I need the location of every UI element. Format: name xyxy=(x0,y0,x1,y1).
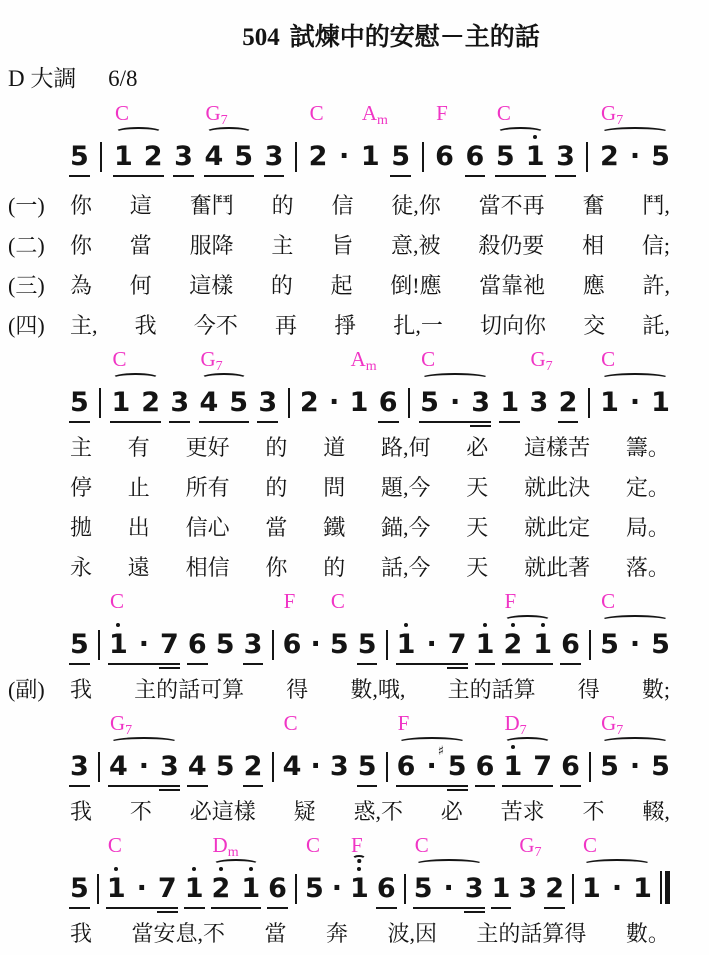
note: 1 xyxy=(397,630,416,660)
lyric-cell: 切向你 xyxy=(480,309,546,340)
note: 3 xyxy=(556,142,575,172)
note-group: D717 xyxy=(503,752,552,782)
note-group: 1 xyxy=(492,874,511,904)
note: 4 xyxy=(283,752,302,782)
lyric-cell: 你 xyxy=(70,189,92,220)
note-underline xyxy=(560,663,581,665)
note: 3 xyxy=(471,388,490,418)
lyric-cell: 輟, xyxy=(642,795,670,826)
note: 6 xyxy=(397,752,416,782)
lyric-cells: 為何這樣的起倒!應當靠祂應許, xyxy=(70,269,670,300)
chord-symbol: C xyxy=(115,102,129,124)
note-group: 6 xyxy=(561,752,580,782)
note-group: 2 xyxy=(545,874,564,904)
duration-dot: · xyxy=(443,874,453,904)
beam-line xyxy=(396,785,468,787)
chord-symbol: G7 xyxy=(601,102,623,126)
chord-symbol: C xyxy=(331,590,345,612)
note-group: C1·1 xyxy=(600,388,670,418)
chord-symbol: G7 xyxy=(519,834,541,858)
octave-dot xyxy=(404,623,408,627)
note-group: 3 xyxy=(70,752,89,782)
note: 3 xyxy=(70,752,89,782)
slur-arc xyxy=(421,373,489,383)
note-underline xyxy=(470,425,491,427)
lyric-cell: 當安息,不 xyxy=(131,917,225,948)
barline xyxy=(295,142,297,172)
lyric-cell: 我 xyxy=(70,917,92,948)
duration-dot: · xyxy=(630,388,640,418)
note-group: Am1 xyxy=(350,388,369,418)
lyric-cell: 相信 xyxy=(186,551,230,582)
note-group: Am1 xyxy=(361,142,380,172)
slur-arc xyxy=(201,373,248,383)
final-barline xyxy=(660,871,670,904)
chord-symbol: C xyxy=(310,102,324,124)
beam-line xyxy=(495,175,546,177)
note-group: 3 xyxy=(556,142,575,172)
lyric-cell: 鐵 xyxy=(323,511,345,542)
note: 5 xyxy=(358,630,377,660)
lyric-cell: 數; xyxy=(642,673,670,704)
bridge-lyrics: 我不必這樣疑惑,不必苦求不輟, xyxy=(8,790,670,830)
octave-dot xyxy=(219,867,223,871)
note: 6 xyxy=(188,630,207,660)
sharp-icon: ♯ xyxy=(438,745,444,758)
chord-symbol: Am xyxy=(351,348,377,372)
note: 1 xyxy=(651,388,670,418)
note-group: · xyxy=(329,388,339,418)
note: 1 xyxy=(600,388,619,418)
note-underline xyxy=(491,907,512,909)
octave-dot xyxy=(114,867,118,871)
lyric-cell: 話,今 xyxy=(381,551,431,582)
slur-arc xyxy=(601,615,669,625)
verse-label: (副) xyxy=(8,673,70,704)
note-underline xyxy=(475,663,496,665)
note-underline xyxy=(257,421,278,423)
beam-line xyxy=(502,663,553,665)
note: 6 xyxy=(466,142,485,172)
barline-thin xyxy=(660,871,662,904)
fermata-icon xyxy=(352,855,366,863)
lyric-line: (四)主,我今不再掙扎,一切向你交託, xyxy=(8,304,670,344)
lyric-cell: 就此定 xyxy=(524,511,590,542)
note-group: 1 xyxy=(500,388,519,418)
note-underline xyxy=(264,175,285,177)
beam-line xyxy=(204,175,255,177)
barline xyxy=(572,874,574,904)
lyric-cells: 我不必這樣疑惑,不必苦求不輟, xyxy=(70,795,670,826)
note-group: 5 xyxy=(358,752,377,782)
beam-line xyxy=(211,907,262,909)
key-signature-line: D 大調 6/8 xyxy=(8,64,670,94)
lyric-cell: 信心 xyxy=(186,511,230,542)
lyric-cell: 苦求 xyxy=(501,795,545,826)
note-underline xyxy=(390,175,411,177)
note: 5 xyxy=(358,752,377,782)
lyric-cell: 停 xyxy=(70,471,92,502)
barline xyxy=(386,752,388,782)
lyric-cell: 惑,不 xyxy=(353,795,403,826)
lyric-cell: 奮 xyxy=(583,189,605,220)
lyric-cell: 主的話算得 xyxy=(476,917,586,948)
lyric-cell: 遠 xyxy=(128,551,150,582)
lyric-line: 拋出信心當鐵錨,今天就此定局。 xyxy=(8,506,670,546)
lyric-cell: 的 xyxy=(271,269,293,300)
barline xyxy=(295,874,297,904)
lyric-cell: 不 xyxy=(130,795,152,826)
duration-dot: · xyxy=(329,388,339,418)
duration-dot: · xyxy=(339,142,349,172)
chord-symbol: G7 xyxy=(201,348,223,372)
note-group: C5 xyxy=(305,874,324,904)
note-group: 3 xyxy=(174,142,193,172)
note: 2 xyxy=(144,142,163,172)
note-group: 3 xyxy=(330,752,349,782)
chord-symbol: G7 xyxy=(530,348,552,372)
note: 5 xyxy=(229,388,248,418)
chord-symbol: G7 xyxy=(110,712,132,736)
lyric-cell: 有 xyxy=(128,431,150,462)
note-group: C5 xyxy=(330,630,349,660)
lyric-cell: 拋 xyxy=(70,511,92,542)
lyric-cell: 不 xyxy=(583,795,605,826)
lyric-cell: 何 xyxy=(130,269,152,300)
barline xyxy=(99,388,101,418)
note-group: 6 xyxy=(476,752,495,782)
chord-symbol: F xyxy=(504,590,516,612)
verse-label: (一) xyxy=(8,189,70,220)
note-group: C5·3 xyxy=(414,874,484,904)
barline xyxy=(272,630,274,660)
note: 6 xyxy=(283,630,302,660)
duration-dot: · xyxy=(426,630,436,660)
note: 2 xyxy=(559,388,578,418)
lyric-cell: 當靠祂 xyxy=(479,269,545,300)
barline xyxy=(97,874,99,904)
lyric-cell: 的 xyxy=(323,551,345,582)
lyric-cell: 錨,今 xyxy=(381,511,431,542)
beam-line xyxy=(502,785,553,787)
octave-dot xyxy=(511,623,515,627)
note: 1 xyxy=(185,874,204,904)
lyric-cell: 得 xyxy=(286,673,308,704)
note-group: 5 xyxy=(216,752,235,782)
note-group: F6 xyxy=(283,630,302,660)
barline xyxy=(589,752,591,782)
note-group: 3 xyxy=(265,142,284,172)
note-group: 5 xyxy=(216,630,235,660)
octave-dot xyxy=(483,623,487,627)
note-underline xyxy=(187,785,208,787)
note: 6 xyxy=(476,752,495,782)
barline xyxy=(386,630,388,660)
note-underline xyxy=(558,421,579,423)
barline xyxy=(589,630,591,660)
note: 5 xyxy=(496,142,515,172)
note: 5 xyxy=(651,752,670,782)
lyric-cell: 必這樣 xyxy=(190,795,256,826)
lyric-cell: 天 xyxy=(466,471,488,502)
beam-line xyxy=(413,907,485,909)
note: 5 xyxy=(70,388,89,418)
lyric-cell: 交 xyxy=(583,309,605,340)
lyric-cell: 必 xyxy=(466,431,488,462)
lyric-cell: 服降 xyxy=(190,229,234,260)
lyric-cells: 我主的話可算得數,哦,主的話算得數; xyxy=(70,673,670,704)
note-group: · xyxy=(332,874,342,904)
note-underline xyxy=(357,785,378,787)
note: 1 xyxy=(350,874,369,904)
note: 3 xyxy=(160,752,179,782)
lyric-cell: 問 xyxy=(323,471,345,502)
hymn-sheet: 504試煉中的安慰－主的話 D 大調 6/8 5C123G7453C2·Am15… xyxy=(0,0,709,955)
chord-symbol: C xyxy=(112,348,126,370)
hymn-number: 504 xyxy=(242,24,280,51)
lyric-cell: 再 xyxy=(275,309,297,340)
lyric-cell: 永 xyxy=(70,551,92,582)
chord-symbol: C xyxy=(108,834,122,856)
duration-dot: · xyxy=(139,630,149,660)
lyric-cell: 得 xyxy=(578,673,600,704)
note: 1 xyxy=(107,874,126,904)
lyric-cell: 殺仍要 xyxy=(478,229,544,260)
lyric-cells: 停止所有的問題,今天就此決定。 xyxy=(70,471,670,502)
note-group: F6 xyxy=(435,142,454,172)
lyric-cell: 出 xyxy=(128,511,150,542)
note-group: 5 xyxy=(70,874,89,904)
note: 1 xyxy=(350,388,369,418)
music-line-1: 5C123G7453C2·Am15F66C513G72·5 xyxy=(70,140,670,172)
hymn-title: 504試煉中的安慰－主的話 xyxy=(8,22,670,54)
note: 5♯ xyxy=(448,752,467,782)
barline xyxy=(272,752,274,782)
note: 5 xyxy=(420,388,439,418)
note-underline xyxy=(475,785,496,787)
note: 3 xyxy=(258,388,277,418)
lyric-cell: 信; xyxy=(642,229,670,260)
beam-line xyxy=(110,421,161,423)
chord-symbol: C xyxy=(306,834,320,856)
note: 5 xyxy=(600,752,619,782)
lyric-cell: 天 xyxy=(466,551,488,582)
duration-dot: · xyxy=(310,752,320,782)
lyric-cell: 的 xyxy=(265,471,287,502)
note: 1 xyxy=(111,388,130,418)
chord-symbol: Am xyxy=(362,102,388,126)
lyric-cell: 掙 xyxy=(334,309,356,340)
lyric-cell: 意,被 xyxy=(391,229,441,260)
slur-arc xyxy=(206,127,253,137)
barline xyxy=(404,874,406,904)
note: 1 xyxy=(114,142,133,172)
lyric-cell: 起 xyxy=(331,269,353,300)
note: 7 xyxy=(160,630,179,660)
note-group: 5 xyxy=(391,142,410,172)
lyric-cell: 我 xyxy=(135,309,157,340)
note: 3 xyxy=(174,142,193,172)
slur-arc xyxy=(601,737,669,747)
lyric-cell: 題,今 xyxy=(381,471,431,502)
note: 1 xyxy=(500,388,519,418)
chord-symbol: C xyxy=(497,102,511,124)
note-group: C4 xyxy=(283,752,302,782)
lyric-cell: 奔 xyxy=(326,917,348,948)
lyric-cell: 就此著 xyxy=(524,551,590,582)
note-group: 6 xyxy=(561,630,580,660)
note: 6 xyxy=(561,630,580,660)
note-underline xyxy=(464,911,485,913)
lyric-cell: 相 xyxy=(582,229,604,260)
octave-dot xyxy=(249,867,253,871)
duration-dot: · xyxy=(426,752,436,782)
music-line-5: 5C1·71Dm216C5·F16C5·31G732C1·1 xyxy=(70,872,670,904)
note: 5 xyxy=(330,630,349,660)
note: 3 xyxy=(330,752,349,782)
chord-symbol: G7 xyxy=(601,712,623,736)
chord-symbol: C xyxy=(601,348,615,370)
lyric-cell: 主的話可算 xyxy=(134,673,244,704)
lyric-cells: 你當服降主旨意,被殺仍要相信; xyxy=(70,229,670,260)
lyric-cell: 扎,一 xyxy=(393,309,443,340)
slur-arc xyxy=(601,127,669,137)
note-underline xyxy=(159,667,180,669)
note-group: F6·5♯ xyxy=(397,752,467,782)
chord-symbol: C xyxy=(415,834,429,856)
note-group: 2 xyxy=(244,752,263,782)
note: 6 xyxy=(435,142,454,172)
note: 1 xyxy=(361,142,380,172)
chord-symbol: C xyxy=(110,590,124,612)
lyric-cell: 疑 xyxy=(294,795,316,826)
note-group: · xyxy=(339,142,349,172)
note-group: 1 xyxy=(185,874,204,904)
lyric-cell: 奮鬥 xyxy=(190,189,234,220)
note-underline xyxy=(555,175,576,177)
note: 3 xyxy=(244,630,263,660)
chord-symbol: C xyxy=(583,834,597,856)
lyric-cell: 的 xyxy=(272,189,294,220)
lyric-cell: 所有 xyxy=(186,471,230,502)
note-group: 2 xyxy=(559,388,578,418)
duration-dot: · xyxy=(139,752,149,782)
beam-line xyxy=(419,421,491,423)
note-group: G745 xyxy=(200,388,249,418)
note-group: 6 xyxy=(188,630,207,660)
note-underline xyxy=(157,911,178,913)
slur-arc xyxy=(110,737,178,747)
note-group: G745 xyxy=(205,142,254,172)
lyric-cell: 當 xyxy=(130,229,152,260)
note-group: G73 xyxy=(518,874,537,904)
duration-dot: · xyxy=(630,630,640,660)
slur-arc xyxy=(398,737,466,747)
lyric-cell: 你 xyxy=(265,551,287,582)
lyric-cell: 當 xyxy=(264,917,286,948)
note: 5 xyxy=(600,630,619,660)
note: 5 xyxy=(216,752,235,782)
barline xyxy=(100,142,102,172)
lyric-cell: 必 xyxy=(441,795,463,826)
note: 4 xyxy=(188,752,207,782)
note: 2 xyxy=(212,874,231,904)
note-group: G75·5 xyxy=(600,752,670,782)
barline xyxy=(422,142,424,172)
note-underline xyxy=(267,907,288,909)
note-group: C5·3 xyxy=(420,388,490,418)
lyric-cell: 主的話算 xyxy=(448,673,536,704)
note-group: 5 xyxy=(70,142,89,172)
note-underline xyxy=(243,663,264,665)
note: 5 xyxy=(70,142,89,172)
verse-lyrics: (一)你這奮鬥的信徒,你當不再奮鬥,(二)你當服降主旨意,被殺仍要相信;(三)為… xyxy=(8,184,670,344)
lyric-cell: 主 xyxy=(271,229,293,260)
lyric-line: 主有更好的道路,何必這樣苦籌。 xyxy=(8,426,670,466)
lyric-cell: 當不再 xyxy=(479,189,545,220)
note: 3 xyxy=(529,388,548,418)
chord-symbol: F xyxy=(284,590,296,612)
note: 2 xyxy=(600,142,619,172)
lyric-cell: 今不 xyxy=(194,309,238,340)
note: 5 xyxy=(234,142,253,172)
duration-dot: · xyxy=(630,752,640,782)
verse-label: (四) xyxy=(8,309,70,340)
beam-line xyxy=(108,785,180,787)
note: 6 xyxy=(268,874,287,904)
chord-symbol: F xyxy=(436,102,448,124)
lyric-cells: 主,我今不再掙扎,一切向你交託, xyxy=(70,309,670,340)
note: 1 xyxy=(526,142,545,172)
lyric-cell: 路,何 xyxy=(381,431,431,462)
note-group: G72·5 xyxy=(600,142,670,172)
lyric-cell: 天 xyxy=(466,511,488,542)
note-group: 3 xyxy=(258,388,277,418)
barline xyxy=(288,388,290,418)
note: 2 xyxy=(141,388,160,418)
note-underline xyxy=(499,421,520,423)
note-group: 6 xyxy=(377,874,396,904)
barline xyxy=(98,630,100,660)
lyric-cells: 永遠相信你的話,今天就此著落。 xyxy=(70,551,670,582)
note-group: C51 xyxy=(496,142,545,172)
lyric-cell: 就此決 xyxy=(524,471,590,502)
lyric-cell: 倒!應 xyxy=(390,269,441,300)
lyric-cell: 數。 xyxy=(626,917,670,948)
lyric-cell: 的 xyxy=(265,431,287,462)
lyric-cell: 我 xyxy=(70,795,92,826)
note-group: C1·7 xyxy=(107,874,177,904)
music-line-3: 5C1·7653F6·C551·71F216C5·5 xyxy=(70,628,670,660)
note-group: 1 xyxy=(476,630,495,660)
note: 6 xyxy=(379,388,398,418)
note-group: · xyxy=(310,630,320,660)
note-underline xyxy=(465,175,486,177)
lyric-cells: 拋出信心當鐵錨,今天就此定局。 xyxy=(70,511,670,542)
note-group: G74·3 xyxy=(109,752,179,782)
chord-symbol: C xyxy=(601,590,615,612)
chord-symbol: G7 xyxy=(206,102,228,126)
octave-dot xyxy=(116,623,120,627)
note: 4 xyxy=(109,752,128,782)
beam-line xyxy=(106,907,178,909)
octave-dot xyxy=(357,867,361,871)
duration-dot: · xyxy=(332,874,342,904)
lyric-line: 永遠相信你的話,今天就此著落。 xyxy=(8,546,670,586)
note: 1 xyxy=(503,752,522,782)
note-group: Dm21 xyxy=(212,874,261,904)
note-underline xyxy=(447,667,468,669)
